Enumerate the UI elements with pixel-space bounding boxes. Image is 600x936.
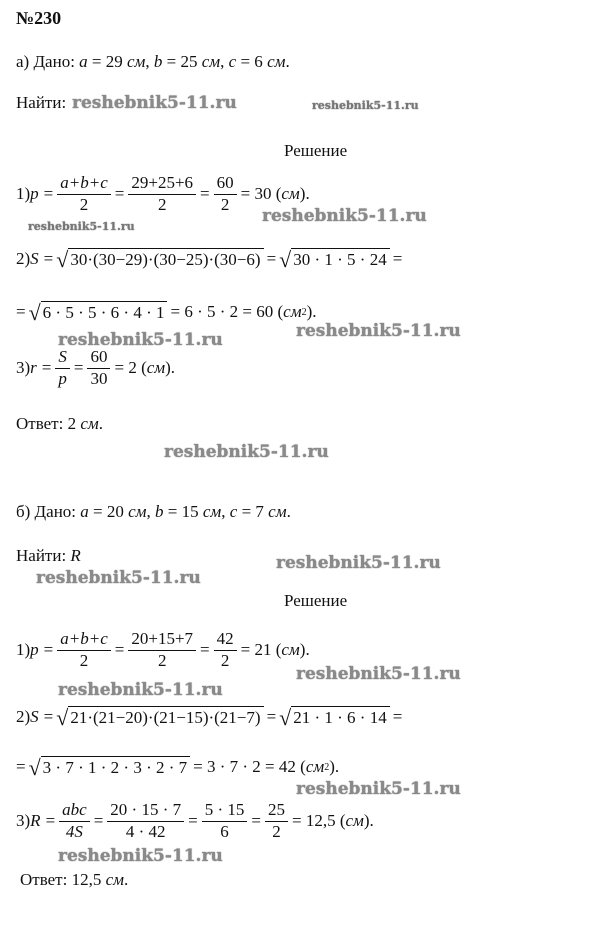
part-a-solution-heading: Решение xyxy=(284,141,347,161)
fraction: 422 xyxy=(214,630,237,670)
part-a-find-label: Найти: xyxy=(16,93,66,113)
watermark: reshebnik5-11.ru xyxy=(164,442,329,462)
part-b-answer: Ответ: 12,5 см. xyxy=(20,870,128,890)
fraction: a+b+c2 xyxy=(57,630,111,670)
part-b-step-3: 3) R= abc4S = 20 · 15 · 74 · 42 = 5 · 15… xyxy=(16,798,374,844)
fraction: 20+15+72 xyxy=(128,630,196,670)
fraction: 20 · 15 · 74 · 42 xyxy=(107,801,184,841)
problem-number: №230 xyxy=(16,8,61,29)
fraction: 5 · 156 xyxy=(202,801,248,841)
part-a-step-2-continued: = √6 · 5 · 5 · 6 · 4 · 1 = 6 · 5 · 2 = 6… xyxy=(16,297,316,327)
watermark: reshebnik5-11.ru xyxy=(72,93,237,113)
fraction: 602 xyxy=(214,174,237,214)
watermark: reshebnik5-11.ru xyxy=(28,220,135,233)
square-root: √21·(21−20)·(21−15)·(21−7) xyxy=(56,706,263,728)
part-a-step-2: 2) S= √30·(30−29)·(30−25)·(30−6) = √30 ·… xyxy=(16,244,402,274)
watermark: reshebnik5-11.ru xyxy=(296,779,461,799)
part-a-answer: Ответ: 2 см. xyxy=(16,414,103,434)
watermark: reshebnik5-11.ru xyxy=(58,846,223,866)
watermark: reshebnik5-11.ru xyxy=(36,568,201,588)
fraction: a+b+c2 xyxy=(57,174,111,214)
fraction: abc4S xyxy=(59,801,90,841)
watermark: reshebnik5-11.ru xyxy=(296,321,461,341)
fraction: Sp xyxy=(55,348,70,388)
fraction: 29+25+62 xyxy=(128,174,196,214)
square-root: √21 · 1 · 6 · 14 xyxy=(279,706,390,728)
part-a-step-3: 3) r= Sp = 6030 = 2 (см). xyxy=(16,345,175,391)
part-b-step-2-continued: = √3 · 7 · 1 · 2 · 3 · 2 · 7 = 3 · 7 · 2… xyxy=(16,752,339,782)
square-root: √30 · 1 · 5 · 24 xyxy=(279,248,390,270)
square-root: √6 · 5 · 5 · 6 · 4 · 1 xyxy=(29,301,168,323)
part-b-solution-heading: Решение xyxy=(284,591,347,611)
part-b-given: б) Дано: a = 20 см, b = 15 см, c = 7 см. xyxy=(16,502,291,522)
part-b-find: Найти: R xyxy=(16,546,81,566)
part-a-given: а) Дано: a = 29 см, b = 25 см, c = 6 см. xyxy=(16,52,290,72)
fraction: 6030 xyxy=(87,348,110,388)
watermark: reshebnik5-11.ru xyxy=(312,99,419,112)
square-root: √30·(30−29)·(30−25)·(30−6) xyxy=(56,248,263,270)
part-b-step-1: 1) p= a+b+c2 = 20+15+72 = 422 = 21 (см). xyxy=(16,627,310,673)
square-root: √3 · 7 · 1 · 2 · 3 · 2 · 7 xyxy=(29,756,191,778)
watermark: reshebnik5-11.ru xyxy=(296,664,461,684)
part-b-step-2: 2) S= √21·(21−20)·(21−15)·(21−7) = √21 ·… xyxy=(16,702,402,732)
watermark: reshebnik5-11.ru xyxy=(58,680,223,700)
watermark: reshebnik5-11.ru xyxy=(262,206,427,226)
watermark: reshebnik5-11.ru xyxy=(276,553,441,573)
fraction: 252 xyxy=(265,801,288,841)
